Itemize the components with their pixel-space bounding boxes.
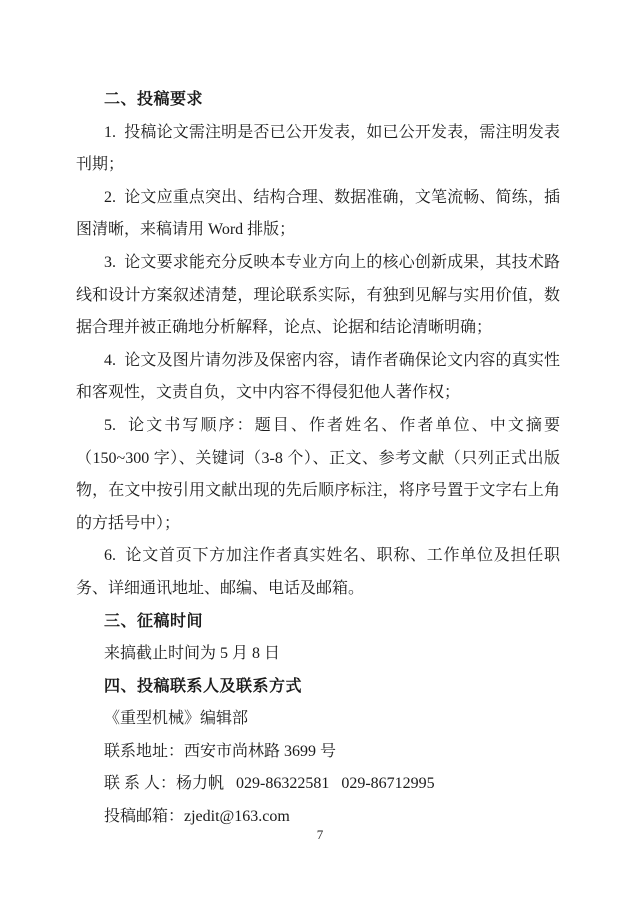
- requirement-item-5: 5. 论文书写顺序：题目、作者姓名、作者单位、中文摘要（150~300 字）、关…: [76, 410, 560, 540]
- heading-deadline: 三、征稿时间: [76, 606, 560, 639]
- editorial-office: 《重型机械》编辑部: [76, 703, 560, 736]
- page-number: 7: [0, 827, 640, 843]
- heading-submission-requirements: 二、投稿要求: [76, 84, 560, 117]
- document-body: 二、投稿要求 1. 投稿论文需注明是否已公开发表，如已公开发表，需注明发表刊期；…: [76, 84, 560, 834]
- requirement-item-6: 6. 论文首页下方加注作者真实姓名、职称、工作单位及担任职务、详细通讯地址、邮编…: [76, 540, 560, 605]
- document-page: 二、投稿要求 1. 投稿论文需注明是否已公开发表，如已公开发表，需注明发表刊期；…: [0, 0, 640, 905]
- requirement-item-4: 4. 论文及图片请勿涉及保密内容，请作者确保论文内容的真实性和客观性，文责自负，…: [76, 345, 560, 410]
- requirement-item-3: 3. 论文要求能充分反映本专业方向上的核心创新成果，其技术路线和设计方案叙述清楚…: [76, 247, 560, 345]
- deadline-text: 来搞截止时间为 5 月 8 日: [76, 638, 560, 671]
- requirement-item-1: 1. 投稿论文需注明是否已公开发表，如已公开发表，需注明发表刊期；: [76, 117, 560, 182]
- requirement-item-2: 2. 论文应重点突出、结构合理、数据准确，文笔流畅、简练，插图清晰，来稿请用 W…: [76, 182, 560, 247]
- contact-address: 联系地址：西安市尚林路 3699 号: [76, 736, 560, 769]
- contact-person-phones: 联 系 人：杨力帆 029-86322581 029-86712995: [76, 768, 560, 801]
- heading-contact-info: 四、投稿联系人及联系方式: [76, 671, 560, 704]
